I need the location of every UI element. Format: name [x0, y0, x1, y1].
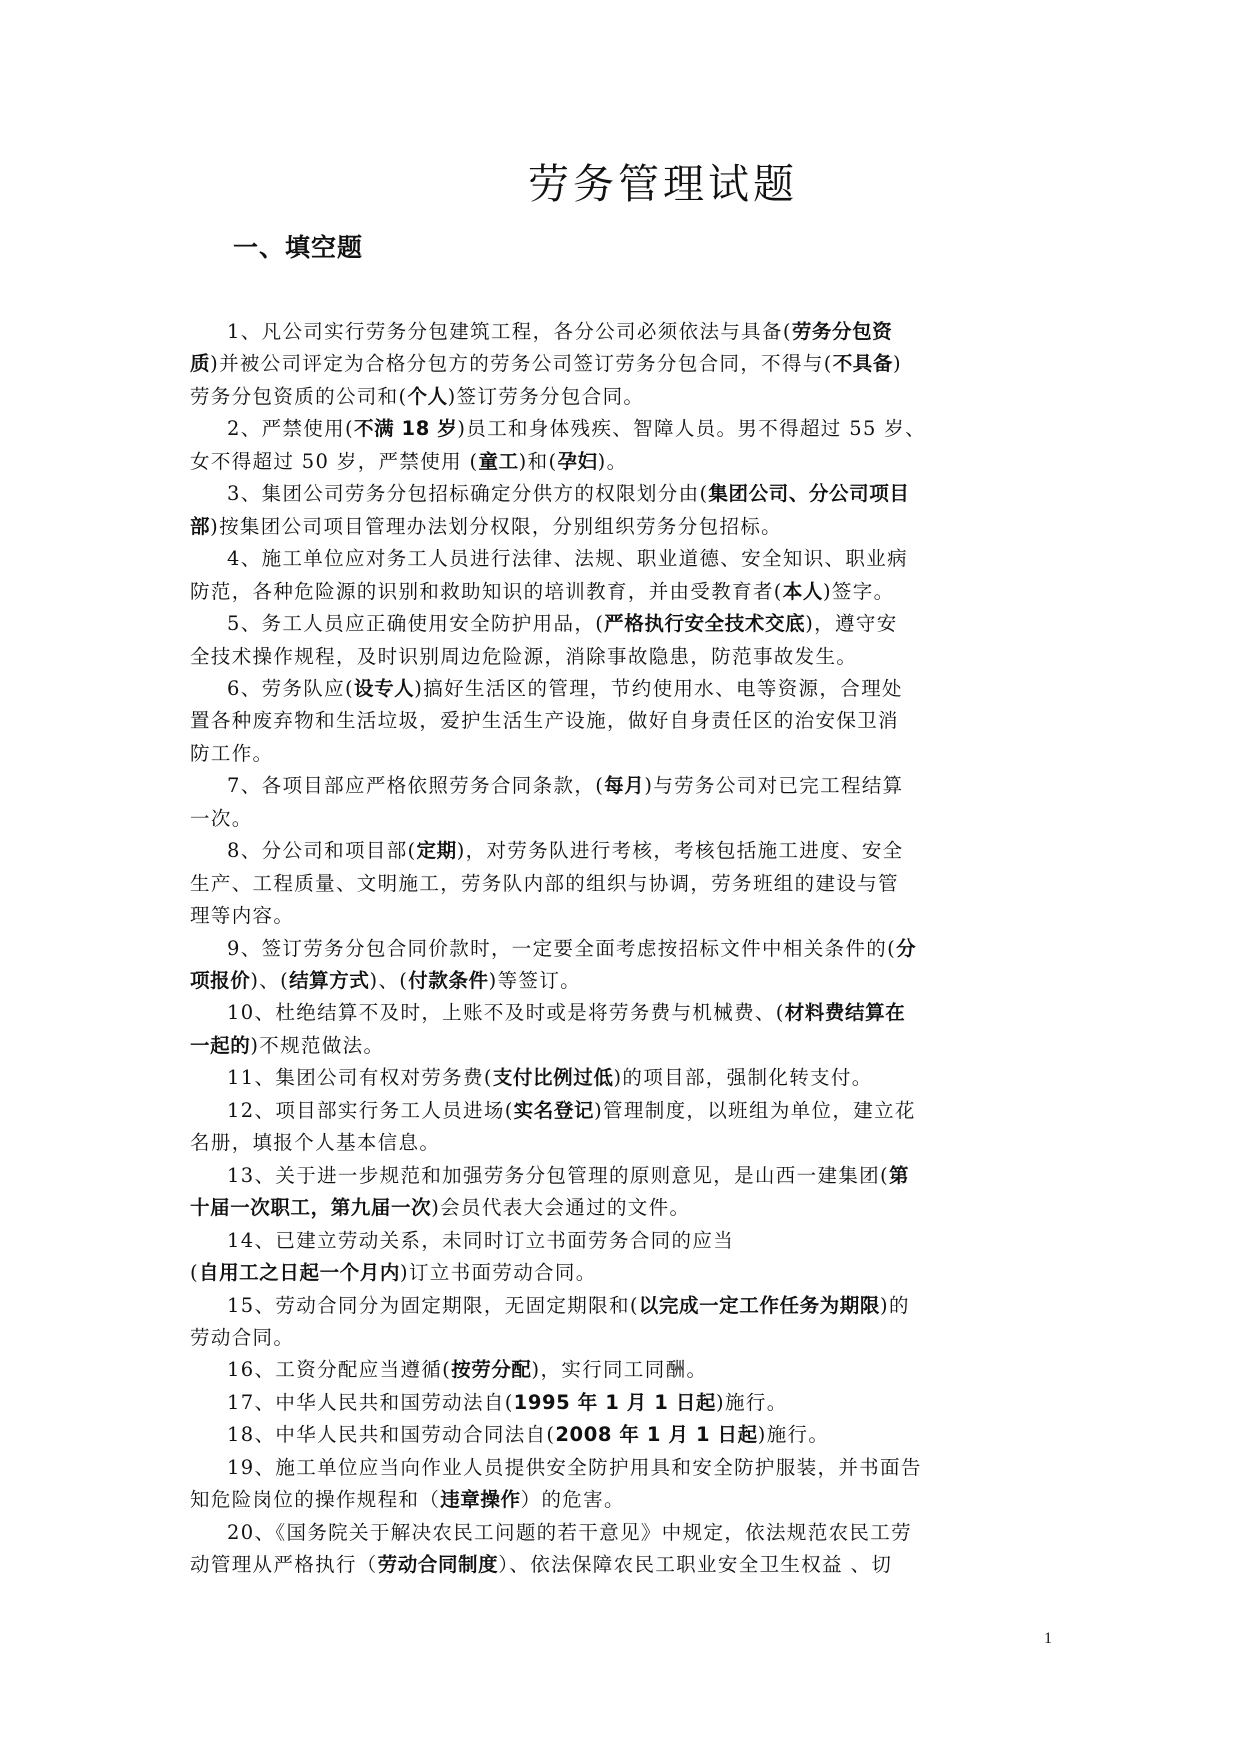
answer-text: 每月 — [604, 774, 644, 797]
question-text: 5、务工人员应正确使用安全防护用品，( — [227, 612, 604, 635]
question-text: 生产、工程质量、文明施工，劳务队内部的组织与协调，劳务班组的建设与管 — [190, 872, 899, 895]
text-line: 15、劳动合同分为固定期限，无固定期限和(以完成一定工作任务为期限)的 — [227, 1290, 910, 1322]
question-text: )、( — [250, 969, 289, 992]
answer-text: 严格执行安全技术交底 — [604, 612, 805, 635]
text-line: 19、施工单位应当向作业人员提供安全防护用具和安全防护服装，并书面告 — [227, 1452, 922, 1484]
answer-text: 1995 年 1 月 1 日起 — [514, 1391, 716, 1414]
question-text: 防工作。 — [190, 742, 273, 765]
answer-text: 自用工之日起一个月内 — [199, 1261, 400, 1284]
answer-text: 本人 — [783, 580, 823, 603]
answer-text: 不具备 — [833, 352, 893, 375]
answer-text: 集团公司、分公司项目 — [708, 482, 909, 505]
text-line: 质)并被公司评定为合格分包方的劳务公司签订劳务分包合同，不得与(不具备) — [190, 348, 902, 380]
answer-text: 分 — [896, 937, 916, 960]
answer-text: 个人 — [407, 385, 447, 408]
answer-text: 材料费结算在 — [785, 1001, 906, 1024]
answer-text: 实名登记 — [514, 1099, 594, 1122]
page-number: 1 — [1044, 1628, 1052, 1650]
question-text: )施行。 — [758, 1423, 830, 1446]
text-line: 4、施工单位应对务工人员进行法律、法规、职业道德、安全知识、职业病 — [227, 543, 908, 575]
question-text: 劳动合同。 — [190, 1326, 294, 1349]
question-text: )签字。 — [823, 580, 895, 603]
question-text: 10、杜绝结算不及时，上账不及时或是将劳务费与机械费、( — [227, 1001, 785, 1024]
text-line: 18、中华人民共和国劳动合同法自(2008 年 1 月 1 日起)施行。 — [227, 1419, 829, 1451]
question-text: )，实行同工同酬。 — [532, 1358, 708, 1381]
question-text: )签订劳务分包合同。 — [448, 385, 645, 408]
answer-text: 按劳分配 — [451, 1358, 531, 1381]
answer-text: 支付比例过低 — [493, 1066, 614, 1089]
text-line: 动管理从严格执行（劳动合同制度）、依法保障农民工职业安全卫生权益 、切 — [190, 1549, 892, 1581]
question-text: 15、劳动合同分为固定期限，无固定期限和( — [227, 1294, 639, 1317]
question-text: 全技术操作规程，及时识别周边危险源，消除事故隐患，防范事故发生。 — [190, 645, 857, 668]
question-text: )等签订。 — [489, 969, 581, 992]
answer-text: 结算方式 — [289, 969, 369, 992]
answer-text: 质 — [190, 352, 210, 375]
question-text: )。 — [598, 450, 628, 473]
answer-text: 童工 — [478, 450, 518, 473]
question-text: 20、《国务院关于解决农民工问题的若干意见》中规定，依法规范农民工劳 — [227, 1521, 912, 1544]
question-text: 2、严禁使用( — [227, 417, 354, 440]
answer-text: 以完成一定工作任务为期限 — [639, 1294, 880, 1317]
text-line: 13、关于进一步规范和加强劳务分包管理的原则意见，是山西一建集团(第 — [227, 1160, 909, 1192]
question-text: 12、项目部实行务工人员进场( — [227, 1099, 514, 1122]
question-text: )会员代表大会通过的文件。 — [431, 1196, 690, 1219]
question-text: 17、中华人民共和国劳动法自( — [227, 1391, 514, 1414]
question-text: 女不得超过 50 岁，严禁使用 ( — [190, 450, 478, 473]
text-line: 名册，填报个人基本信息。 — [190, 1127, 440, 1159]
question-text: )的项目部，强制化转支付。 — [613, 1066, 872, 1089]
answer-text: 劳动合同制度 — [378, 1553, 499, 1576]
question-text: 防范，各种危险源的识别和救助知识的培训教育，并由受教育者( — [190, 580, 783, 603]
text-line: 1、凡公司实行劳务分包建筑工程，各分公司必须依法与具备(劳务分包资 — [227, 316, 892, 348]
text-line: 16、工资分配应当遵循(按劳分配)，实行同工同酬。 — [227, 1354, 707, 1386]
question-text: ）的危害。 — [521, 1488, 625, 1511]
answer-text: 定期 — [417, 839, 457, 862]
text-line: 劳务分包资质的公司和(个人)签订劳务分包合同。 — [190, 381, 644, 413]
question-text: )、( — [369, 969, 408, 992]
question-text: 6、劳务队应( — [227, 677, 354, 700]
question-text: 3、集团公司劳务分包招标确定分供方的权限划分由( — [227, 482, 708, 505]
text-line: 2、严禁使用(不满 18 岁)员工和身体残疾、智障人员。男不得超过 55 岁、 — [227, 413, 926, 445]
question-text: )与劳务公司对已完工程结算 — [644, 774, 903, 797]
text-line: 9、签订劳务分包合同价款时，一定要全面考虑按招标文件中相关条件的(分 — [227, 933, 916, 965]
text-line: 生产、工程质量、文明施工，劳务队内部的组织与协调，劳务班组的建设与管 — [190, 868, 899, 900]
answer-text: 付款条件 — [408, 969, 488, 992]
question-text: )并被公司评定为合格分包方的劳务公司签订劳务分包合同，不得与( — [210, 352, 833, 375]
answer-text: 孕妇 — [557, 450, 597, 473]
question-text: 9、签订劳务分包合同价款时，一定要全面考虑按招标文件中相关条件的( — [227, 937, 896, 960]
answer-text: 违章操作 — [440, 1488, 520, 1511]
question-text: 4、施工单位应对务工人员进行法律、法规、职业道德、安全知识、职业病 — [227, 547, 908, 570]
question-text: 19、施工单位应当向作业人员提供安全防护用具和安全防护服装，并书面告 — [227, 1456, 922, 1479]
answer-text: 第 — [889, 1164, 909, 1187]
document-page: 劳务管理试题 一、填空题 1、凡公司实行劳务分包建筑工程，各分公司必须依法与具备… — [0, 0, 1240, 1753]
answer-text: 2008 年 1 月 1 日起 — [555, 1423, 757, 1446]
text-line: 3、集团公司劳务分包招标确定分供方的权限划分由(集团公司、分公司项目 — [227, 478, 909, 510]
question-text: )员工和身体残疾、智障人员。男不得超过 55 岁、 — [457, 417, 926, 440]
answer-text: 一起的 — [190, 1034, 250, 1057]
text-line: 女不得超过 50 岁，严禁使用 (童工)和(孕妇)。 — [190, 446, 627, 478]
answer-text: 项报价 — [190, 969, 250, 992]
answer-text: 十届一次职工，第九届一次 — [190, 1196, 431, 1219]
question-text: ）、依法保障农民工职业安全卫生权益 、切 — [498, 1553, 892, 1576]
text-line: 10、杜绝结算不及时，上账不及时或是将劳务费与机械费、(材料费结算在 — [227, 997, 905, 1029]
answer-text: 不满 18 岁 — [354, 417, 457, 440]
question-text: )和( — [519, 450, 558, 473]
question-text: )不规范做法。 — [250, 1034, 384, 1057]
text-line: 14、已建立劳动关系，未同时订立书面劳务合同的应当 — [227, 1225, 734, 1257]
question-text: 理等内容。 — [190, 904, 294, 927]
answer-text: 部 — [190, 515, 210, 538]
question-text: 动管理从严格执行（ — [190, 1553, 378, 1576]
question-text: 名册，填报个人基本信息。 — [190, 1131, 440, 1154]
question-text: 置各种废弃物和生活垃圾，爱护生活生产设施，做好自身责任区的治安保卫消 — [190, 709, 899, 732]
page-title: 劳务管理试题 — [528, 156, 818, 212]
question-text: ( — [190, 1261, 199, 1284]
text-line: 11、集团公司有权对劳务费(支付比例过低)的项目部，强制化转支付。 — [227, 1062, 873, 1094]
question-text: 18、中华人民共和国劳动合同法自( — [227, 1423, 555, 1446]
text-line: 劳动合同。 — [190, 1322, 294, 1354]
question-text: )，对劳务队进行考核，考核包括施工进度、安全 — [457, 839, 904, 862]
text-line: 5、务工人员应正确使用安全防护用品，(严格执行安全技术交底)，遵守安 — [227, 608, 898, 640]
question-text: 一次。 — [190, 807, 253, 830]
text-line: 12、项目部实行务工人员进场(实名登记)管理制度，以班组为单位，建立花 — [227, 1095, 916, 1127]
question-text: 1、凡公司实行劳务分包建筑工程，各分公司必须依法与具备( — [227, 320, 792, 343]
text-line: 防工作。 — [190, 738, 273, 770]
text-line: 全技术操作规程，及时识别周边危险源，消除事故隐患，防范事故发生。 — [190, 641, 857, 673]
question-text: 7、各项目部应严格依照劳务合同条款，( — [227, 774, 604, 797]
text-line: 8、分公司和项目部(定期)，对劳务队进行考核，考核包括施工进度、安全 — [227, 835, 904, 867]
answer-text: 劳务分包资 — [792, 320, 893, 343]
question-text: )的 — [880, 1294, 910, 1317]
question-text: 知危险岗位的操作规程和（ — [190, 1488, 440, 1511]
answer-text: 设专人 — [354, 677, 414, 700]
text-line: 部)按集团公司项目管理办法划分权限，分别组织劳务分包招标。 — [190, 511, 782, 543]
question-text: 8、分公司和项目部( — [227, 839, 417, 862]
text-line: 十届一次职工，第九届一次)会员代表大会通过的文件。 — [190, 1192, 690, 1224]
question-text: )订立书面劳动合同。 — [400, 1261, 597, 1284]
question-text: )施行。 — [716, 1391, 788, 1414]
question-text: 13、关于进一步规范和加强劳务分包管理的原则意见，是山西一建集团( — [227, 1164, 889, 1187]
section-heading: 一、填空题 — [233, 230, 363, 266]
question-text: )，遵守安 — [805, 612, 897, 635]
text-line: 知危险岗位的操作规程和（违章操作）的危害。 — [190, 1484, 625, 1516]
text-line: 防范，各种危险源的识别和救助知识的培训教育，并由受教育者(本人)签字。 — [190, 576, 894, 608]
question-text: 劳务分包资质的公司和( — [190, 385, 407, 408]
question-text: )管理制度，以班组为单位，建立花 — [594, 1099, 916, 1122]
text-line: (自用工之日起一个月内)订立书面劳动合同。 — [190, 1257, 597, 1289]
text-line: 一起的)不规范做法。 — [190, 1030, 384, 1062]
text-line: 置各种废弃物和生活垃圾，爱护生活生产设施，做好自身责任区的治安保卫消 — [190, 705, 899, 737]
text-line: 理等内容。 — [190, 900, 294, 932]
text-line: 17、中华人民共和国劳动法自(1995 年 1 月 1 日起)施行。 — [227, 1387, 788, 1419]
question-text: 14、已建立劳动关系，未同时订立书面劳务合同的应当 — [227, 1229, 734, 1252]
question-text: 16、工资分配应当遵循( — [227, 1358, 451, 1381]
text-line: 6、劳务队应(设专人)搞好生活区的管理，节约使用水、电等资源，合理处 — [227, 673, 903, 705]
question-text: ) — [893, 352, 902, 375]
text-line: 一次。 — [190, 803, 253, 835]
text-line: 7、各项目部应严格依照劳务合同条款，(每月)与劳务公司对已完工程结算 — [227, 770, 904, 802]
question-text: )按集团公司项目管理办法划分权限，分别组织劳务分包招标。 — [210, 515, 782, 538]
text-line: 项报价)、(结算方式)、(付款条件)等签订。 — [190, 965, 581, 997]
question-text: )搞好生活区的管理，节约使用水、电等资源，合理处 — [414, 677, 903, 700]
text-line: 20、《国务院关于解决农民工问题的若干意见》中规定，依法规范农民工劳 — [227, 1517, 912, 1549]
question-text: 11、集团公司有权对劳务费( — [227, 1066, 493, 1089]
